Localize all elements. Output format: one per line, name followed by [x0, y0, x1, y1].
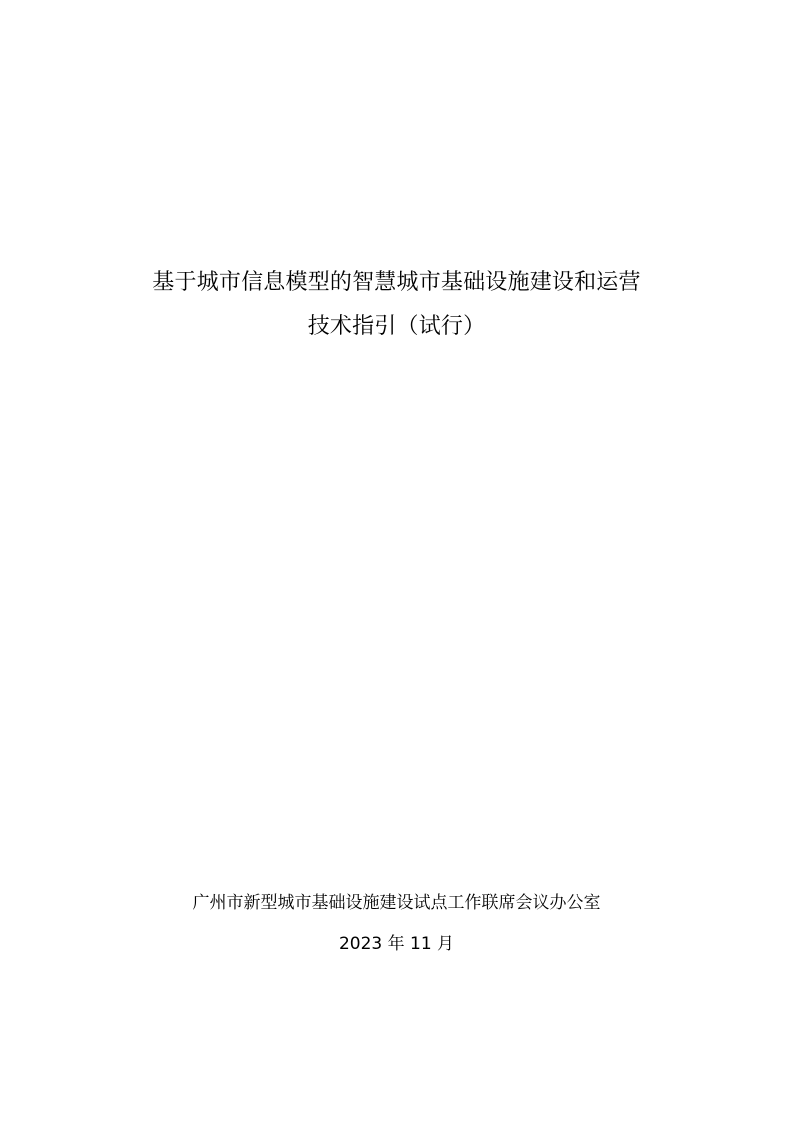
document-cover-page: 基于城市信息模型的智慧城市基础设施建设和运营 技术指引（试行） 广州市新型城市基…	[0, 0, 793, 1122]
document-title-line-1: 基于城市信息模型的智慧城市基础设施建设和运营	[0, 268, 793, 298]
document-title-line-2: 技术指引（试行）	[0, 312, 793, 342]
issuing-organization: 广州市新型城市基础设施建设试点工作联席会议办公室	[0, 891, 793, 915]
publication-date: 2023 年 11 月	[0, 932, 793, 956]
